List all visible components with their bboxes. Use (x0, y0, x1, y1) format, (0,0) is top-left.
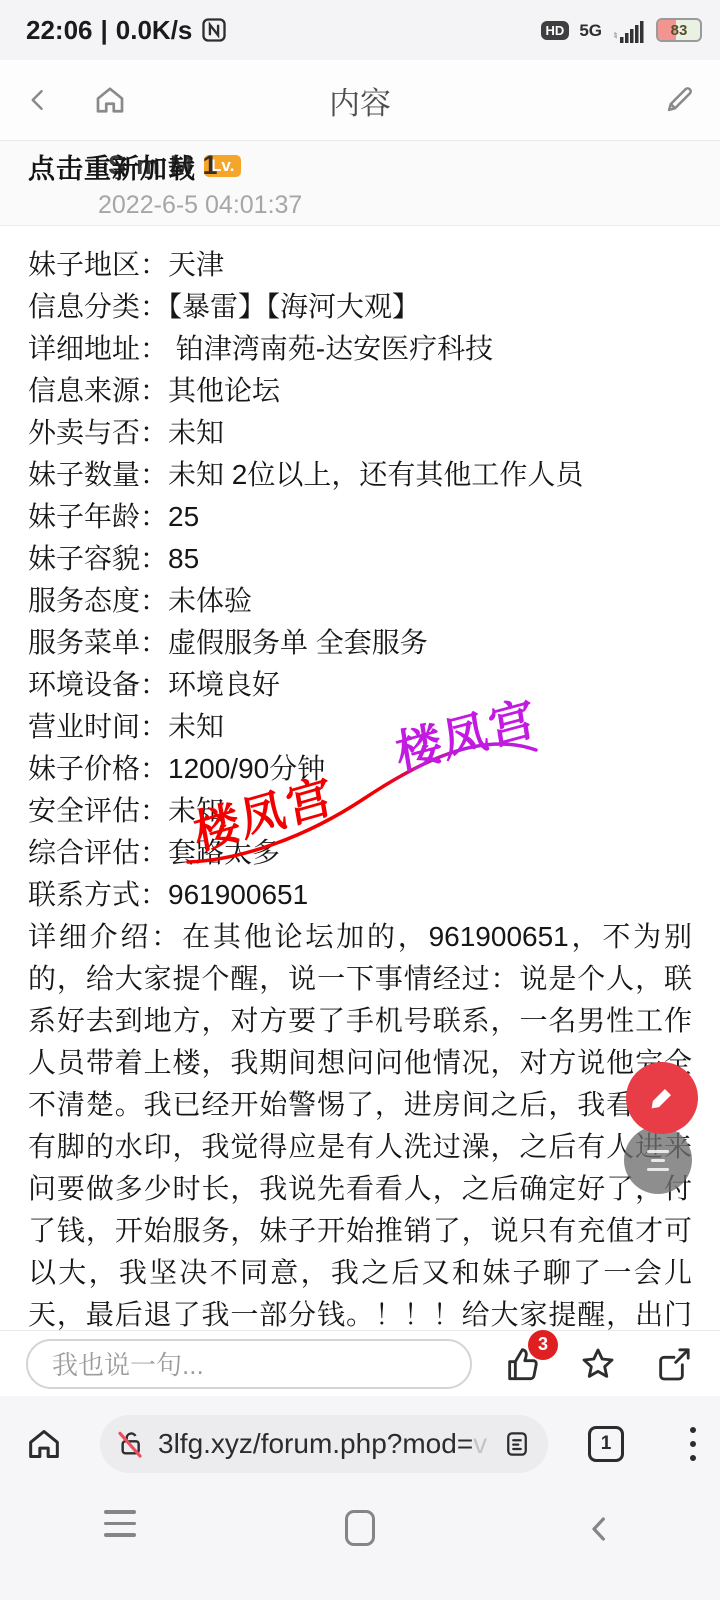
field-value: 25 (168, 501, 199, 532)
field-label: 信息来源： (28, 375, 168, 406)
field-value: 铂津湾南苑-达安医疗科技 (168, 333, 493, 364)
field-value: 未知 (168, 417, 224, 448)
status-bar: 22:06 | 0.0K/s HD 5G (0, 0, 720, 60)
field-value: 未知 (168, 711, 224, 742)
quick-nav-button[interactable] (624, 1126, 692, 1194)
field-label: 环境设备： (28, 669, 168, 700)
field-row: 妹子容貌：85 (28, 538, 692, 580)
field-row: 详细地址： 铂津湾南苑-达安医疗科技 (28, 328, 692, 370)
field-value: 【暴雷】【海河大观】 (168, 291, 420, 322)
field-value: 1200/90分钟 (168, 753, 325, 784)
reader-mode-icon[interactable] (502, 1427, 532, 1461)
field-label: 详细地址： (28, 333, 168, 364)
field-value: 其他论坛 (168, 375, 280, 406)
field-value: 环境良好 (168, 669, 280, 700)
field-row: 妹子数量：未知 2位以上，还有其他工作人员 (28, 454, 692, 496)
battery-percent: 83 (658, 20, 700, 40)
browser-toolbar: 3lfg.xyz/forum.php?mod=v 1 (0, 1396, 720, 1492)
insecure-lock-icon (116, 1427, 148, 1461)
field-row: 营业时间：未知 (28, 706, 692, 748)
field-value: 85 (168, 543, 199, 574)
nav-back-icon[interactable] (584, 1510, 616, 1548)
field-label: 妹子价格： (28, 753, 168, 784)
intro-text: 在其他论坛加的，961900651，不为别的，给大家提个醒，说一下事情经过：说是… (28, 921, 692, 1330)
field-value: 虚假服务单 全套服务 (168, 627, 428, 658)
intro-label: 详细介绍： (28, 921, 182, 952)
nfc-icon (200, 16, 228, 44)
url-text-faded: v (473, 1428, 487, 1459)
field-value: 961900651 (168, 879, 308, 910)
browser-home-icon[interactable] (24, 1424, 64, 1464)
status-separator: | (101, 15, 108, 46)
hd-volte-icon: HD (541, 21, 570, 40)
field-label: 妹子数量： (28, 459, 168, 490)
url-pill[interactable]: 3lfg.xyz/forum.php?mod=v (100, 1415, 548, 1473)
field-value: 套路太多 (168, 837, 280, 868)
nav-home-icon[interactable] (345, 1510, 375, 1546)
reload-link[interactable]: 点击重新加载 (28, 147, 196, 186)
field-row: 外卖与否：未知 (28, 412, 692, 454)
field-label: 妹子年龄： (28, 501, 168, 532)
field-label: 综合评估： (28, 837, 168, 868)
post-date: 2022-6-5 04:01:37 (98, 191, 720, 220)
field-value: 未体验 (168, 585, 252, 616)
comment-input[interactable]: 我也说一句... (26, 1339, 472, 1389)
field-row: 妹子年龄：25 (28, 496, 692, 538)
field-row: 综合评估：套路太多 (28, 832, 692, 874)
like-button[interactable]: 3 (502, 1344, 542, 1384)
post-meta: 点击重新加载 SmM1 Lv. 2022-6-5 04:01:37 (0, 140, 720, 226)
field-value: 未知 (168, 795, 224, 826)
tab-count: 1 (601, 1433, 612, 1455)
favorite-star-icon[interactable] (578, 1344, 618, 1384)
browser-menu-icon[interactable] (690, 1427, 696, 1461)
field-value: 天津 (168, 249, 224, 280)
field-row: 妹子价格：1200/90分钟 (28, 748, 692, 790)
field-row: 信息分类：【暴雷】【海河大观】 (28, 286, 692, 328)
field-label: 服务态度： (28, 585, 168, 616)
url-text: 3lfg.xyz/forum.php?mod=v (158, 1428, 487, 1460)
field-row: 信息来源：其他论坛 (28, 370, 692, 412)
field-row: 联系方式：961900651 (28, 874, 692, 916)
field-list: 妹子地区：天津 信息分类：【暴雷】【海河大观】 详细地址： 铂津湾南苑-达安医疗… (28, 244, 692, 916)
field-label: 联系方式： (28, 879, 168, 910)
field-label: 服务菜单： (28, 627, 168, 658)
field-row: 安全评估：未知 (28, 790, 692, 832)
comment-bar: 我也说一句... 3 (0, 1330, 720, 1396)
system-nav-bar (0, 1492, 720, 1600)
post-content: 妹子地区：天津 信息分类：【暴雷】【海河大观】 详细地址： 铂津湾南苑-达安医疗… (0, 226, 720, 1330)
field-row: 服务态度：未体验 (28, 580, 692, 622)
network-speed: 0.0K/s (116, 15, 193, 46)
field-label: 外卖与否： (28, 417, 168, 448)
signal-bars-icon (612, 16, 646, 44)
field-label: 妹子容貌： (28, 543, 168, 574)
field-row: 服务菜单：虚假服务单 全套服务 (28, 622, 692, 664)
network-type: 5G (579, 22, 602, 39)
level-badge: Lv. (204, 155, 241, 177)
like-count-badge: 3 (528, 1330, 558, 1360)
compose-fab-button[interactable] (626, 1062, 698, 1134)
page-title: 内容 (0, 78, 720, 123)
battery-icon: 83 (656, 18, 702, 42)
field-row: 环境设备：环境良好 (28, 664, 692, 706)
share-icon[interactable] (654, 1344, 694, 1384)
field-label: 安全评估： (28, 795, 168, 826)
clock: 22:06 (26, 15, 93, 46)
phone-screen: 22:06 | 0.0K/s HD 5G (0, 0, 720, 1600)
field-value: 未知 2位以上，还有其他工作人员 (168, 459, 583, 490)
page-header: 内容 (0, 60, 720, 140)
field-label: 信息分类： (28, 291, 168, 322)
field-row: 妹子地区：天津 (28, 244, 692, 286)
field-label: 妹子地区： (28, 249, 168, 280)
recents-icon[interactable] (104, 1510, 136, 1537)
list-lines-icon (647, 1150, 669, 1171)
intro-paragraph: 详细介绍：在其他论坛加的，961900651，不为别的，给大家提个醒，说一下事情… (28, 916, 692, 1330)
tabs-button[interactable]: 1 (588, 1426, 624, 1462)
field-label: 营业时间： (28, 711, 168, 742)
pencil-icon (647, 1083, 677, 1113)
